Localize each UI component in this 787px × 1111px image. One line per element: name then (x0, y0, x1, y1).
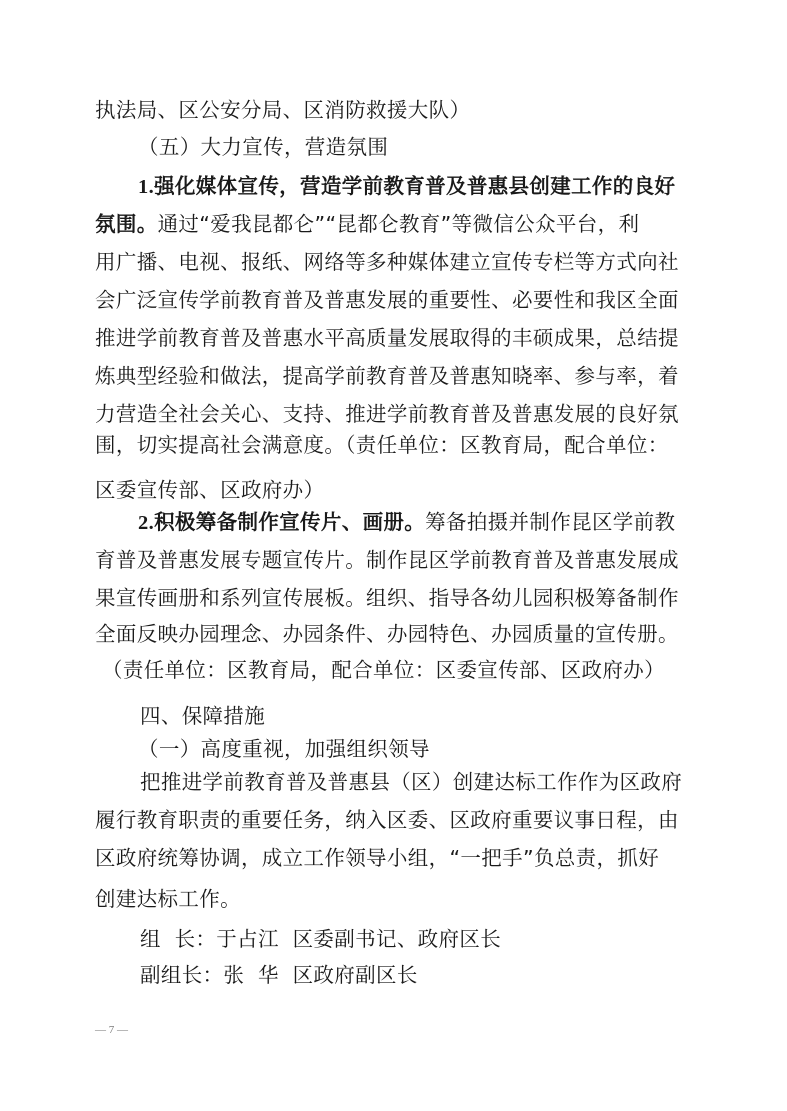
body-line: 育普及普惠发展专题宣传片。制作昆区学前教育普及普惠发展成 (95, 547, 695, 573)
item-title: 强化媒体宣传，营造学前教育普及普惠县创建工作的良好 (154, 174, 675, 198)
body-line: 果宣传画册和系列宣传展板。组织、指导各幼儿园积极筹备制作 (95, 585, 695, 611)
body-text: 筹备拍摄并制作昆区学前教 (425, 510, 675, 534)
item-heading-2: 2.积极筹备制作宣传片、画册。筹备拍摄并制作昆区学前教 (138, 509, 738, 536)
document-page: 执法局、区公安分局、区消防救援大队） （五）大力宣传，营造氛围 1.强化媒体宣传… (0, 0, 787, 1111)
body-line: 履行教育职责的重要任务，纳入区委、区政府重要议事日程，由 (95, 807, 695, 833)
body-line: 创建达标工作。 (95, 886, 695, 912)
body-line: 炼典型经验和做法，提高学前教育普及普惠知晓率、参与率，着 (95, 363, 695, 389)
body-line: 用广播、电视、报纸、网络等多种媒体建立宣传专栏等方式向社 (95, 249, 695, 275)
section-heading-1: （一）高度重视，加强组织领导 (138, 736, 738, 762)
item-title-cont: 氛围。 (95, 212, 158, 236)
item-number: 2. (138, 512, 154, 534)
body-line: 推进学前教育普及普惠水平高质量发展取得的丰硕成果，总结提 (95, 325, 695, 351)
body-line: 会广泛宣传学前教育普及普惠发展的重要性、必要性和我区全面 (95, 287, 695, 313)
body-line: 区委宣传部、区政府办） (95, 477, 695, 503)
body-line: 把推进学前教育普及普惠县（区）创建达标工作作为区政府 (140, 769, 740, 795)
body-line: 全面反映办园理念、办园条件、办园特色、办园质量的宣传册。 (95, 621, 695, 647)
deputy-leader-line: 副组长：张 华 区政府副区长 (140, 962, 740, 988)
body-text: 通过“爱我昆都仑”“昆都仑教育”等微信公众平台，利 (158, 212, 640, 236)
body-line: 区政府统筹协调，成立工作领导小组，“一把手”负总责，抓好 (95, 845, 695, 871)
leader-line: 组 长：于占江 区委副书记、政府区长 (140, 926, 740, 952)
body-line: 氛围。通过“爱我昆都仑”“昆都仑教育”等微信公众平台，利 (95, 211, 695, 237)
body-line: 围，切实提高社会满意度。（责任单位：区教育局，配合单位： (95, 432, 695, 458)
body-line: （责任单位：区教育局，配合单位：区委宣传部、区政府办） (102, 657, 702, 683)
section-heading-5: （五）大力宣传，营造氛围 (138, 134, 738, 160)
item-heading-1: 1.强化媒体宣传，营造学前教育普及普惠县创建工作的良好 (138, 173, 738, 200)
body-line: 力营造全社会关心、支持、推进学前教育普及普惠发展的良好氛 (95, 401, 695, 427)
item-title: 积极筹备制作宣传片、画册。 (154, 510, 425, 534)
item-number: 1. (138, 176, 154, 198)
body-line: 执法局、区公安分局、区消防救援大队） (95, 97, 695, 123)
page-number: — 7 — (95, 1024, 128, 1036)
section-heading-4: 四、保障措施 (140, 703, 740, 729)
